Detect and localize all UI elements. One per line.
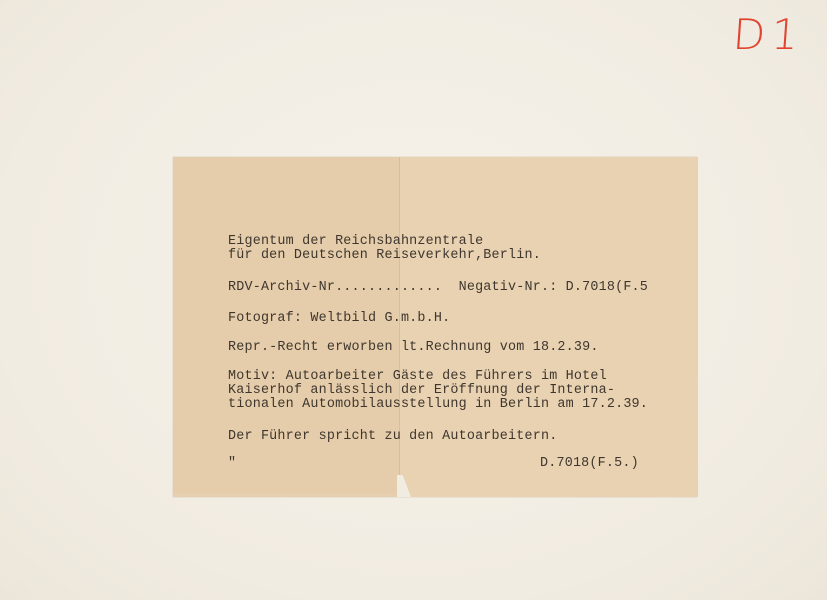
motiv-line-2: Kaiserhof anlässlich der Eröffnung der I…	[228, 384, 615, 398]
owner-line-2: für den Deutschen Reiseverkehr,Berlin.	[228, 249, 541, 263]
ditto-mark: "	[228, 457, 236, 471]
caption-line: Der Führer spricht zu den Autoarbeitern.	[228, 430, 557, 444]
motiv-line-3: tionalen Automobilausstellung in Berlin …	[228, 398, 648, 412]
typed-index-card	[173, 157, 697, 497]
motiv-line-1: Motiv: Autoarbeiter Gäste des Führers im…	[228, 370, 607, 384]
owner-line-1: Eigentum der Reichsbahnzentrale	[228, 235, 483, 249]
handwritten-corner-mark: D1	[732, 14, 806, 56]
archive-number-line: RDV-Archiv-Nr............. Negativ-Nr.: …	[228, 281, 648, 295]
photographer-line: Fotograf: Weltbild G.m.b.H.	[228, 312, 450, 326]
card-right-half	[399, 157, 698, 497]
rights-line: Repr.-Recht erworben lt.Rechnung vom 18.…	[228, 341, 599, 355]
reference-number: D.7018(F.5.)	[540, 457, 639, 471]
